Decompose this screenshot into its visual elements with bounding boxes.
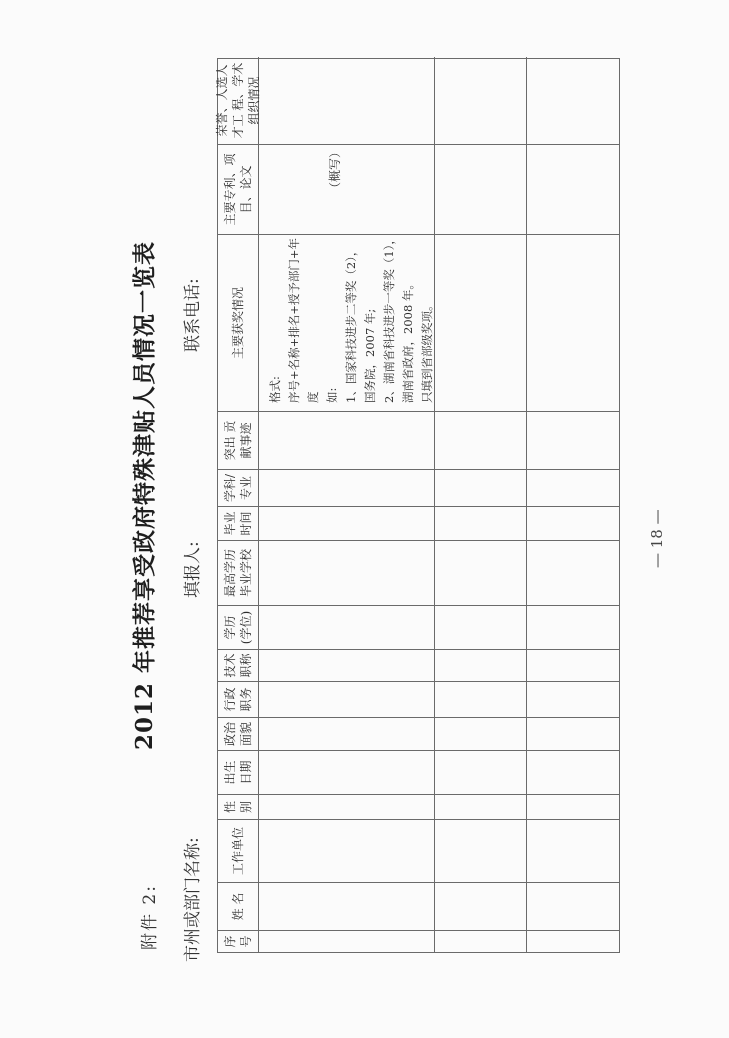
column-birth: 出生 日期 xyxy=(218,750,619,794)
column-header-name: 姓 名 xyxy=(218,883,259,930)
row-divider xyxy=(434,820,435,882)
attachment-label: 附件 2: xyxy=(135,884,160,950)
row-divider xyxy=(526,718,527,750)
row-divider xyxy=(434,541,435,605)
row-divider xyxy=(434,883,435,930)
recommendation-table: 序 号姓 名工作单位性 别出生 日期政治 面貌行政 职务技术 职称学历 (学位)… xyxy=(217,58,620,953)
column-header-grad_time: 毕业 时间 xyxy=(218,507,259,540)
column-header-gender: 性 别 xyxy=(218,795,259,819)
row-divider xyxy=(434,795,435,819)
row-divider xyxy=(526,650,527,681)
column-header-patents: 主要专利、项 目、论文 xyxy=(218,145,259,234)
column-no: 序 号 xyxy=(218,930,619,952)
row-divider xyxy=(434,470,435,506)
awards-format-note: 格式:序号+名称+排名+授予部门+年度如:1、国家科技进步二等奖（2），国务院，… xyxy=(266,239,437,403)
department-label: 市州或部门名称: xyxy=(178,837,203,962)
row-divider xyxy=(526,541,527,605)
row-divider xyxy=(434,606,435,649)
row-divider xyxy=(526,57,527,144)
column-header-school: 最高学历 毕业学校 xyxy=(218,541,259,605)
column-honors: 荣誉、人选人才工 程、学术组织情况 xyxy=(218,57,619,144)
row-divider xyxy=(434,718,435,750)
row-divider xyxy=(526,235,527,411)
row-divider xyxy=(434,931,435,952)
column-degree: 学历 (学位) xyxy=(218,605,619,649)
column-admin_post: 行政 职务 xyxy=(218,681,619,717)
column-employer: 工作单位 xyxy=(218,819,619,882)
column-header-employer: 工作单位 xyxy=(218,820,259,882)
column-header-degree: 学历 (学位) xyxy=(218,606,259,649)
column-header-political: 政治 面貌 xyxy=(218,718,259,750)
column-contribution: 突出 贡献事迹 xyxy=(218,411,619,469)
row-divider xyxy=(434,682,435,717)
column-header-awards: 主要获奖情况 xyxy=(218,235,259,411)
row-divider xyxy=(526,470,527,506)
column-header-contribution: 突出 贡献事迹 xyxy=(218,412,259,469)
row-divider xyxy=(526,412,527,469)
column-major: 学科/ 专业 xyxy=(218,469,619,506)
column-patents: 主要专利、项 目、论文（概写） xyxy=(218,144,619,234)
row-divider xyxy=(526,883,527,930)
filler-label: 填报人: xyxy=(178,541,203,598)
row-divider xyxy=(526,145,527,234)
row-divider xyxy=(434,145,435,234)
row-divider xyxy=(526,931,527,952)
phone-label: 联系电话: xyxy=(178,278,203,352)
row-divider xyxy=(526,682,527,717)
patents-brief-note: （概写） xyxy=(326,146,343,194)
column-school: 最高学历 毕业学校 xyxy=(218,540,619,605)
column-header-tech_title: 技术 职称 xyxy=(218,650,259,681)
row-divider xyxy=(526,606,527,649)
row-divider xyxy=(434,751,435,794)
row-divider xyxy=(434,57,435,144)
row-divider xyxy=(434,650,435,681)
page-number: — 18 — xyxy=(648,509,666,568)
column-name: 姓 名 xyxy=(218,882,619,930)
row-divider xyxy=(526,751,527,794)
page-title: 2012 年推荐享受政府特殊津贴人员情况一览表 xyxy=(126,241,159,750)
row-divider xyxy=(526,507,527,540)
column-grad_time: 毕业 时间 xyxy=(218,506,619,540)
document-page: 附件 2: 2012 年推荐享受政府特殊津贴人员情况一览表 市州或部门名称: 填… xyxy=(0,0,729,1038)
column-tech_title: 技术 职称 xyxy=(218,649,619,681)
column-header-admin_post: 行政 职务 xyxy=(218,682,259,717)
column-header-honors: 荣誉、人选人才工 程、学术组织情况 xyxy=(218,57,259,144)
row-divider xyxy=(434,412,435,469)
column-header-birth: 出生 日期 xyxy=(218,751,259,794)
row-divider xyxy=(526,795,527,819)
column-gender: 性 别 xyxy=(218,794,619,819)
row-divider xyxy=(526,820,527,882)
row-divider xyxy=(434,507,435,540)
column-header-no: 序 号 xyxy=(218,931,259,952)
column-header-major: 学科/ 专业 xyxy=(218,470,259,506)
column-political: 政治 面貌 xyxy=(218,717,619,750)
column-awards: 主要获奖情况格式:序号+名称+排名+授予部门+年度如:1、国家科技进步二等奖（2… xyxy=(218,234,619,411)
